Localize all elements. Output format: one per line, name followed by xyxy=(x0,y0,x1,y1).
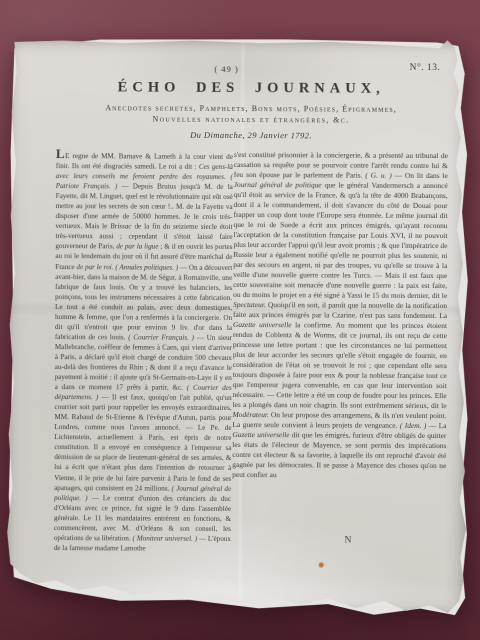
subtitle-line-1: Anecdotes secretes, Pamphlets, Bons mots… xyxy=(54,103,448,114)
printed-content: ( 49 ) N°. 13. ÉCHO DES JOURNAUX, Anecdo… xyxy=(4,37,469,615)
column-left: LE regne de MM. Barnave & Lameth à la co… xyxy=(54,149,233,554)
date-line: Du Dimanche, 29 Janvier 1792. xyxy=(54,129,448,141)
issue-number: N°. 13. xyxy=(410,63,441,73)
page-number: ( 49 ) xyxy=(214,64,238,74)
signature-mark: N xyxy=(323,535,373,545)
paper-sheet: ( 49 ) N°. 13. ÉCHO DES JOURNAUX, Anecdo… xyxy=(4,37,469,615)
newspaper-title: ÉCHO DES JOURNAUX, xyxy=(54,79,448,98)
subtitle-line-2: Nouvelles nationales et étrangères, &c. xyxy=(54,114,448,125)
folio-row: ( 49 ) N°. 13. xyxy=(56,61,448,79)
column-right: s'est constitué prisonnier à la concierg… xyxy=(232,150,448,481)
newspaper-page: ( 49 ) N°. 13. ÉCHO DES JOURNAUX, Anecdo… xyxy=(4,37,469,615)
masthead: ÉCHO DES JOURNAUX, Anecdotes secretes, P… xyxy=(54,79,448,141)
